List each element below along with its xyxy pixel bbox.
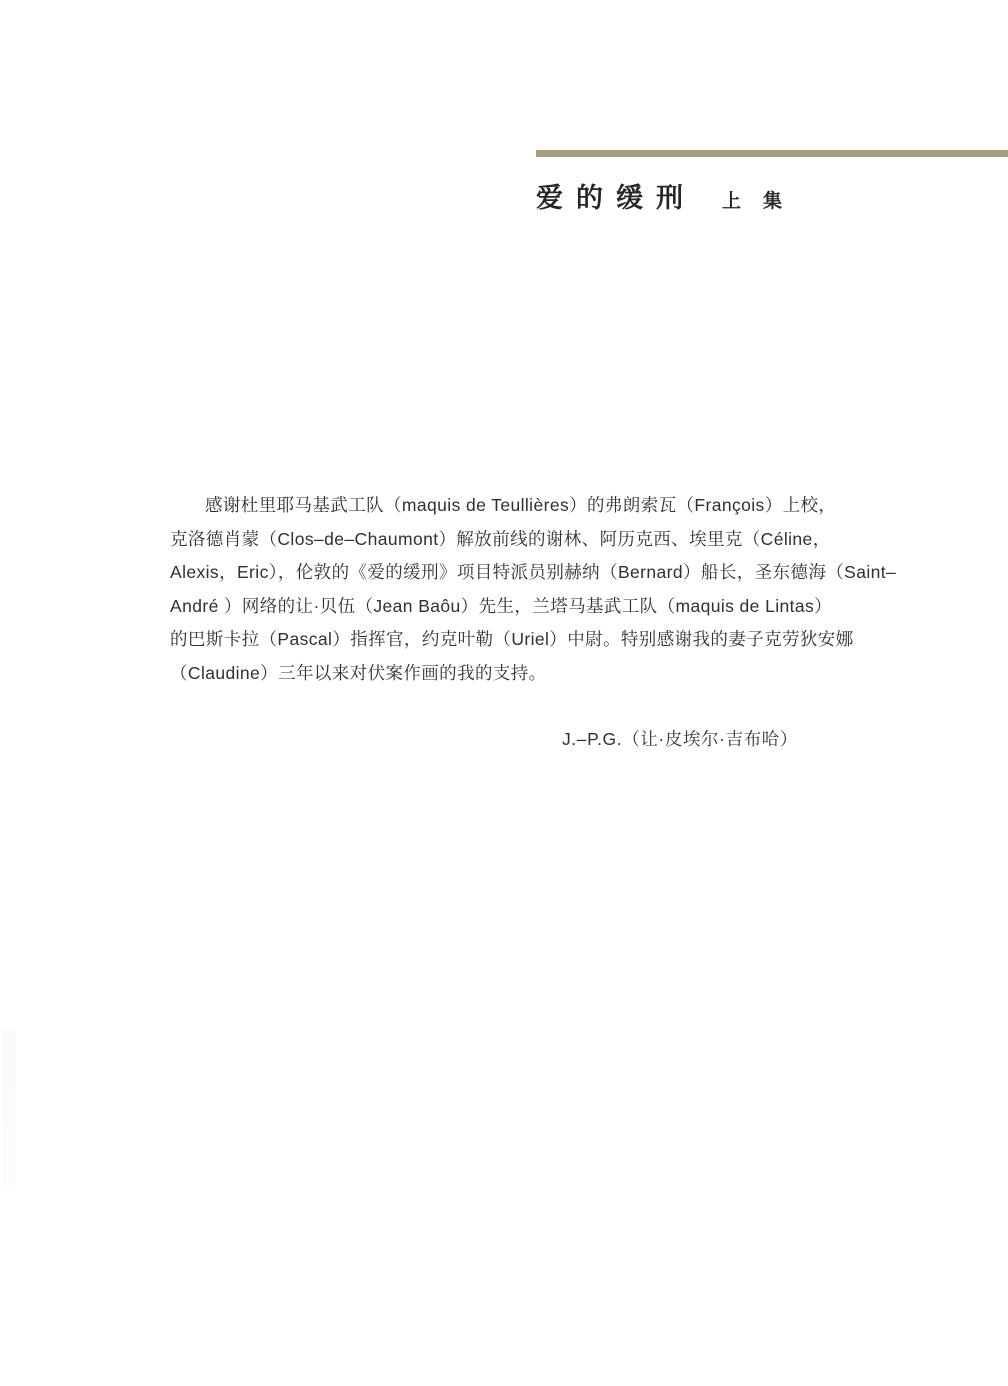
acknowledgment-line: André ）网络的让·贝伍（Jean Baôu）先生，兰塔马基武工队（maqu… xyxy=(170,590,834,624)
volume-char-ji: 集 xyxy=(763,186,782,213)
acknowledgment-line: 的巴斯卡拉（Pascal）指挥官，约克叶勒（Uriel）中尉。特别感谢我的妻子克… xyxy=(170,623,834,657)
title-rule-divider xyxy=(536,150,1008,157)
volume-char-shang: 上 xyxy=(722,186,741,213)
title-row: 爱的缓刑 上 集 xyxy=(536,176,782,215)
volume-label: 上 集 xyxy=(722,186,782,213)
book-page: 爱的缓刑 上 集 感谢杜里耶马基武工队（maquis de Teullières… xyxy=(0,0,1008,1386)
acknowledgment-line: （Claudine）三年以来对伏案作画的我的支持。 xyxy=(170,657,834,691)
acknowledgment-line: 克洛德肖蒙（Clos–de–Chaumont）解放前线的谢林、阿历克西、埃里克（… xyxy=(170,523,834,557)
acknowledgment-paragraph: 感谢杜里耶马基武工队（maquis de Teullières）的弗朗索瓦（Fr… xyxy=(170,489,834,690)
acknowledgment-line: 感谢杜里耶马基武工队（maquis de Teullières）的弗朗索瓦（Fr… xyxy=(170,489,834,523)
author-signature-text: J.–P.G.（让·皮埃尔·吉布哈） xyxy=(562,723,798,757)
acknowledgment-line: Alexis，Eric），伦敦的《爱的缓刑》项目特派员别赫纳（Bernard）船… xyxy=(170,556,834,590)
scan-artifact xyxy=(2,1030,16,1190)
author-signature: J.–P.G.（让·皮埃尔·吉布哈） xyxy=(170,723,834,757)
book-title: 爱的缓刑 xyxy=(536,176,696,215)
